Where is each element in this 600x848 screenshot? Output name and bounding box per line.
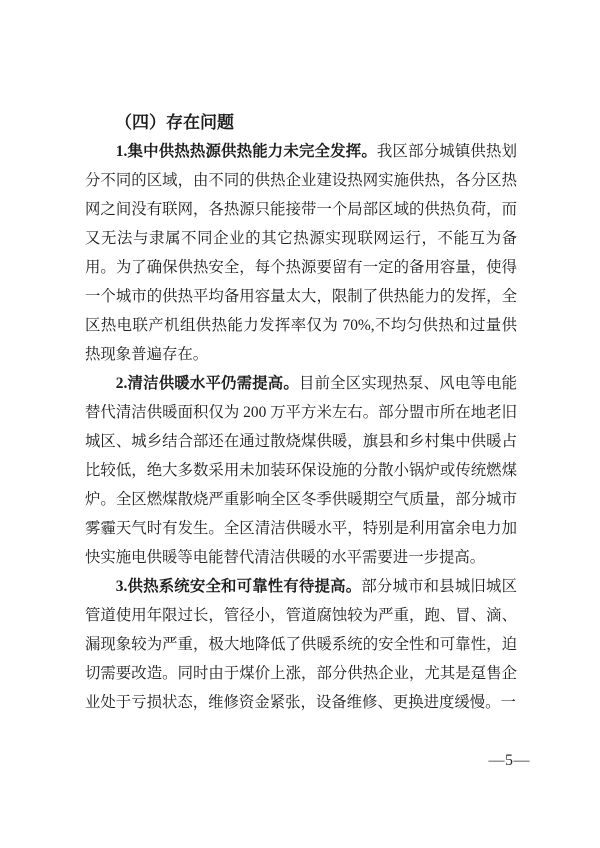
paragraph-2-body: 目前全区实现热泵、风电等电能替代清洁供暖面积仅为 200 万平方米左右。部分盟市… bbox=[85, 375, 517, 566]
paragraph-2-lead: 2.清洁供暖水平仍需提高。 bbox=[116, 375, 299, 392]
paragraph-3-lead: 3.供热系统安全和可靠性有待提高。 bbox=[116, 578, 362, 595]
paragraph-1: 1.集中供热热源供热能力未完全发挥。我区部分城镇供热划分不同的区域，由不同的供热… bbox=[85, 137, 517, 369]
page-number: —5— bbox=[489, 749, 531, 773]
paragraph-2: 2.清洁供暖水平仍需提高。目前全区实现热泵、风电等电能替代清洁供暖面积仅为 20… bbox=[85, 369, 517, 572]
section-heading: （四）存在问题 bbox=[85, 108, 517, 137]
paragraph-3-body: 部分城市和县城旧城区管道使用年限过长，管径小，管道腐蚀较为严重，跑、冒、滴、漏现… bbox=[85, 578, 517, 711]
paragraph-1-lead: 1.集中供热热源供热能力未完全发挥。 bbox=[116, 143, 377, 160]
document-content: （四）存在问题 1.集中供热热源供热能力未完全发挥。我区部分城镇供热划分不同的区… bbox=[85, 108, 517, 717]
paragraph-1-body: 我区部分城镇供热划分不同的区域，由不同的供热企业建设热网实施供热，各分区热网之间… bbox=[85, 143, 517, 363]
document-page: （四）存在问题 1.集中供热热源供热能力未完全发挥。我区部分城镇供热划分不同的区… bbox=[0, 0, 600, 848]
paragraph-3: 3.供热系统安全和可靠性有待提高。部分城市和县城旧城区管道使用年限过长，管径小，… bbox=[85, 572, 517, 717]
